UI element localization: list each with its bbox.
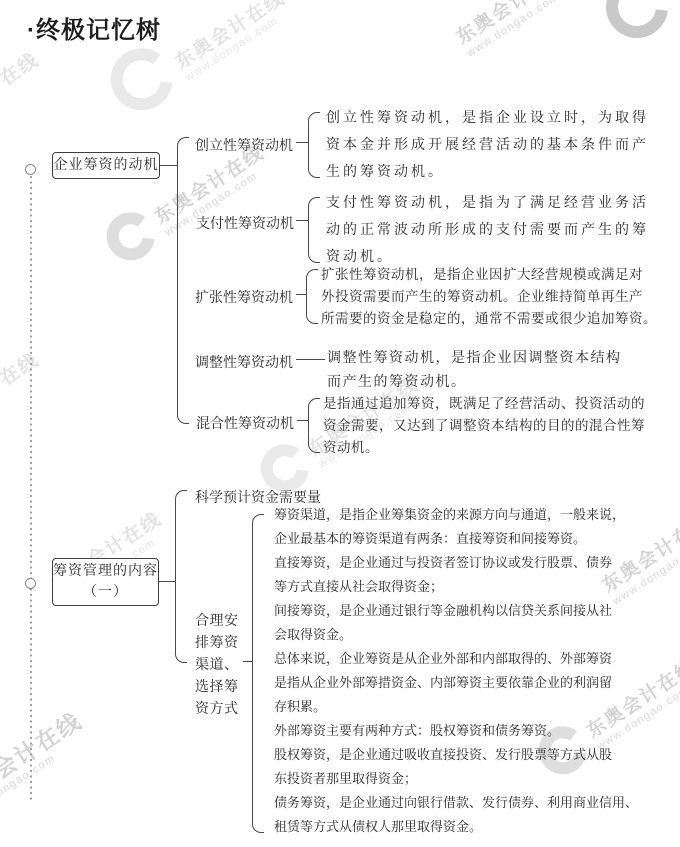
branch-label: 调整性筹资动机	[195, 352, 293, 372]
watermark-unit: 东奥会计在线www.dongao.com	[0, 707, 94, 821]
watermark-url: www.dongao.com	[184, 5, 297, 84]
paragraph: 直接筹资，是企业通过与投资者签订协议或发行股票、债券 等方式直接从社会取得资金；	[274, 551, 654, 599]
dongao-logo-icon	[98, 203, 164, 269]
section2-bracket	[175, 490, 187, 663]
branch-label: 扩张性筹资动机	[195, 287, 293, 307]
watermark-brand: 东奥会计在线	[0, 349, 44, 436]
watermark-brand: 东奥会计在线	[172, 0, 290, 74]
paragraph: 间接筹资，是企业通过银行等金融机构以信贷关系间接从社 会取得资金。	[274, 599, 654, 647]
paragraph: 外部筹资主要有两种方式：股权筹资和债务筹资。	[274, 719, 654, 743]
branch-label: 支付性筹资动机	[196, 213, 294, 233]
watermark-unit: 东奥会计在线www.dongao.com	[453, 0, 577, 60]
watermark-url: www.dongao.com	[465, 0, 578, 60]
watermark-brand: 东奥会计在线	[453, 0, 571, 49]
branch-text-bracket	[308, 197, 320, 263]
tree-node-circle-1	[25, 164, 36, 175]
branch-text: 是指通过追加筹资，既满足了经营活动、投资活动的 资金需要，又达到了调整资本结构的…	[323, 393, 645, 459]
branch-paragraphs: 筹资渠道，是指企业筹集资金的来源方向与通道，一般来说， 企业最基本的筹资渠道有两…	[274, 503, 654, 839]
watermark-brand: 东奥会计在线	[0, 49, 44, 136]
root-connector-line	[160, 165, 177, 166]
branch-connector	[296, 142, 308, 143]
dongao-logo-icon	[594, 0, 680, 50]
branch-label: 创立性筹资动机	[195, 135, 293, 155]
watermark-brand: 东奥会计在线	[0, 707, 87, 811]
branch-label-multiline: 合理安 排筹资 渠道、 选择筹 资方式	[195, 611, 239, 721]
branch-text: 调整性筹资动机，是指企业因调整资本结构 而产生的筹资动机。	[327, 347, 622, 395]
branch-text: 创立性筹资动机，是指企业设立时，为取得 资本金并形成开展经营活动的基本条件而产 …	[326, 105, 649, 186]
branch-connector	[297, 420, 308, 421]
paragraphs-bracket	[252, 514, 264, 833]
branch-text: 支付性筹资动机，是指为了满足经营业务活 动的正常波动所形成的支付需要而产生的筹 …	[326, 190, 649, 271]
branch-text-bracket	[306, 269, 318, 324]
branch-connector	[296, 294, 306, 295]
memory-tree-page: 东奥会计在线www.dongao.com 东奥会计在线www.dongao.co…	[0, 0, 680, 847]
branch-connector	[243, 661, 252, 662]
tree-spine-dotted-line	[30, 176, 32, 800]
branch-text-bracket	[308, 398, 320, 453]
watermark-unit: 东奥会计在线	[0, 349, 44, 436]
watermark-unit	[594, 0, 680, 50]
watermark-url: www.dongao.com	[0, 729, 94, 821]
watermark-unit: 东奥会计在线	[0, 49, 44, 136]
branch-text: 扩张性筹资动机，是指企业因扩大经营规模或满足对 外投资需要而产生的筹资动机。企业…	[321, 264, 657, 330]
root-node-financing-motives: 企业筹资的动机	[52, 152, 160, 179]
paragraph: 筹资渠道，是指企业筹集资金的来源方向与通道，一般来说， 企业最基本的筹资渠道有两…	[274, 503, 654, 551]
section1-bracket	[177, 137, 189, 424]
page-title: ·终极记忆树	[27, 10, 161, 45]
branch-label: 混合性筹资动机	[196, 413, 294, 433]
dongao-logo-icon	[99, 36, 185, 122]
paragraph: 债务筹资，是企业通过向银行借款、发行债券、利用商业信用、 租赁等方式从债权人那里…	[274, 791, 654, 839]
root-node-financing-management: 筹资管理的内容 （一）	[52, 558, 159, 606]
branch-text-bracket	[308, 112, 320, 178]
paragraph: 股权筹资，是企业通过吸收直接投资、发行股票等方式从股 东投资者那里取得资金；	[274, 743, 654, 791]
root-connector-line	[159, 581, 175, 582]
branch-connector	[296, 359, 325, 360]
paragraph: 总体来说，企业筹资是从企业外部和内部取得的、外部筹资 是指从企业外部筹措资金、内…	[274, 647, 654, 719]
tree-node-circle-2	[25, 578, 36, 589]
branch-connector	[296, 220, 308, 221]
